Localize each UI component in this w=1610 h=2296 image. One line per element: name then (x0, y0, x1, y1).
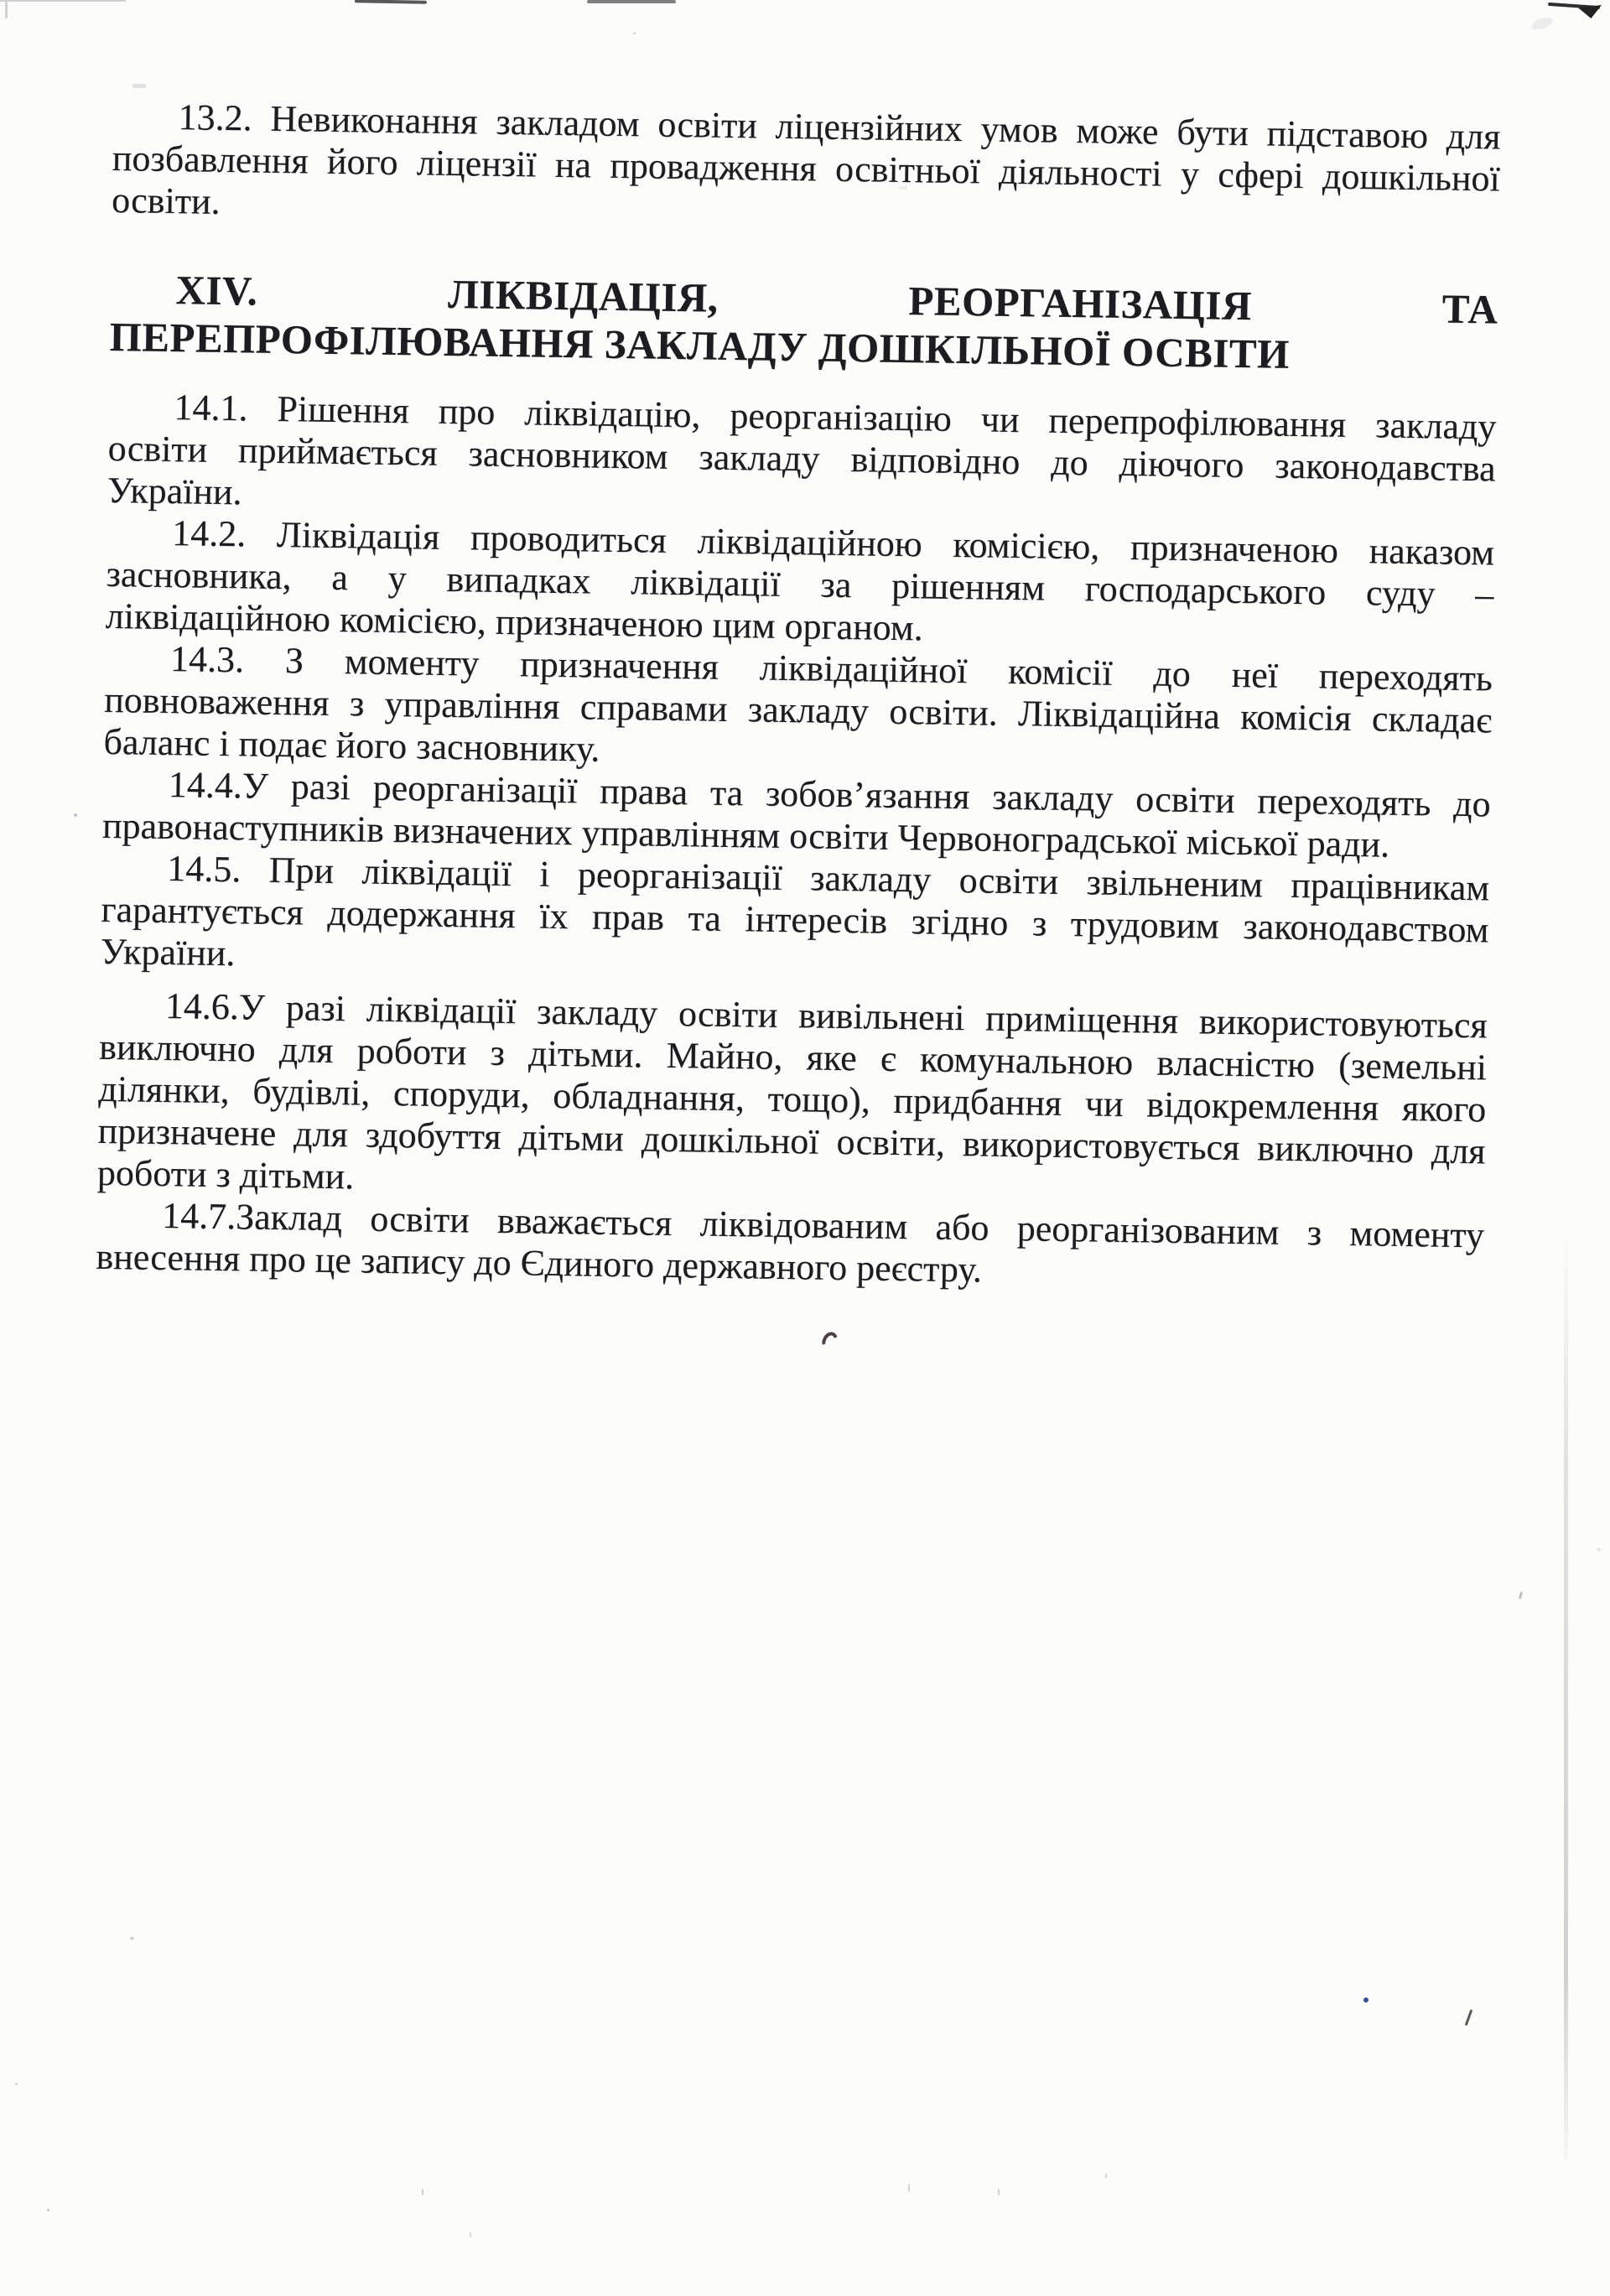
scan-speck (132, 84, 146, 88)
scan-speck (1597, 1548, 1601, 1551)
scan-edge-line (0, 0, 126, 2)
scan-speck (130, 1937, 134, 1940)
scan-shadow-line (1564, 1224, 1568, 2159)
scan-speck (74, 813, 77, 817)
corner-fold-mark (1578, 5, 1602, 18)
document-page: 13.2. Невиконання закладом освіти ліценз… (0, 0, 1610, 2296)
scan-speck (1105, 2174, 1107, 2179)
paragraph-14-1: 14.1. Рішення про ліквідацію, реорганіза… (107, 386, 1497, 532)
scan-speck (633, 32, 636, 34)
scan-edge-line (587, 0, 676, 3)
scan-edge-line (5, 0, 8, 18)
paragraph-13-2: 13.2. Невиконання закладом освіти ліценз… (112, 96, 1501, 242)
stray-ink-mark (1465, 2009, 1473, 2026)
stray-ink-mark (819, 1329, 840, 1352)
section-heading-xiv: XIV. ЛІКВІДАЦІЯ, РЕОРГАНІЗАЦІЯ ТА ПЕРЕПР… (109, 265, 1498, 382)
scan-speck (908, 2184, 910, 2192)
paragraph-14-3: 14.3. З моменту призначення ліквідаційно… (103, 637, 1493, 784)
scan-edge-line (355, 0, 427, 4)
document-content: 13.2. Невиконання закладом освіти ліценз… (96, 96, 1501, 1298)
scan-speck (998, 2189, 1000, 2195)
pen-dot-mark (1363, 1997, 1368, 2003)
paragraph-14-6: 14.6.У разі ліквідації закладу освіти ви… (97, 984, 1488, 1215)
corner-fold-shadow (1530, 15, 1555, 32)
scan-speck (47, 2209, 49, 2211)
paragraph-14-2: 14.2. Ліквідація проводиться ліквідаційн… (105, 512, 1494, 658)
paragraph-14-5: 14.5. При ліквідації і реорганізації зак… (100, 847, 1489, 994)
scan-speck (470, 2232, 471, 2237)
corner-fold-mark (1548, 3, 1600, 9)
scan-speck (422, 2189, 423, 2195)
scan-speck (15, 2083, 18, 2086)
scan-speck (1519, 1592, 1523, 1599)
